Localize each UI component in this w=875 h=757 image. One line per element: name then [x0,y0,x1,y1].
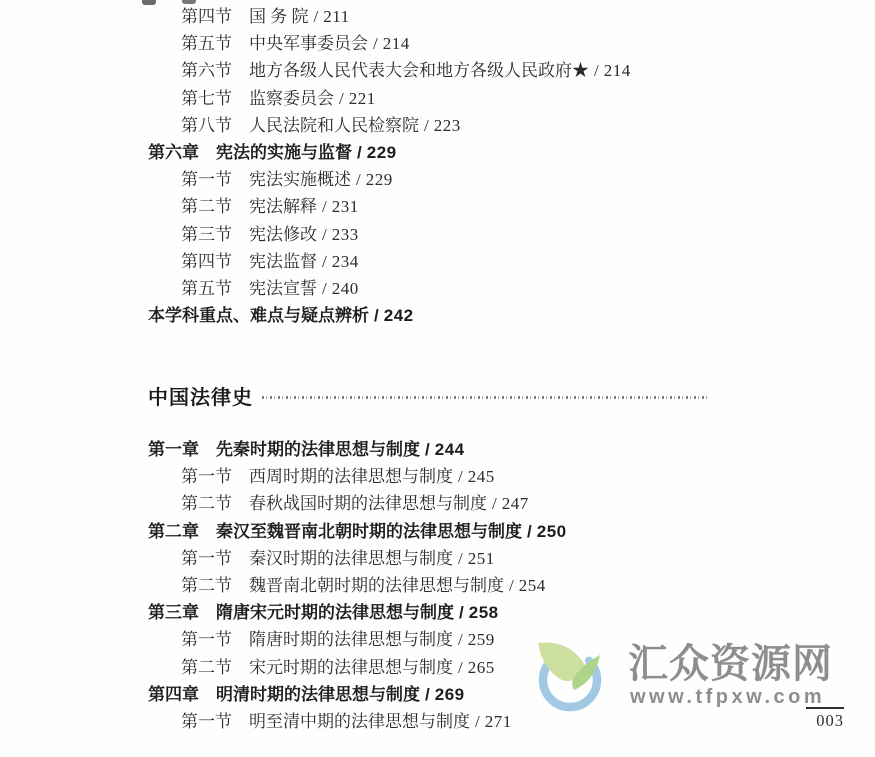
entry-label: 第三章 [148,599,199,626]
entry-label: 第一节 [181,166,232,193]
entry-separator: / [527,522,532,541]
entry-title: 先秦时期的法律思想与制度 [216,440,420,459]
entry-separator: / [322,225,327,244]
entry-title: 人民法院和人民检察院 [249,116,419,135]
entry-page-number: 229 [367,143,397,162]
entry-label: 第四章 [148,681,199,708]
entry-page-number: 244 [435,440,465,459]
entry-separator: / [322,252,327,271]
toc-entry-chapter: 第一章先秦时期的法律思想与制度/244 [0,436,875,463]
entry-title: 宪法的实施与监督 [216,143,352,162]
entry-label: 第二节 [181,654,232,681]
toc-entry-summary: 本学科重点、难点与疑点辨析/242 [0,302,875,329]
entry-page-number: 245 [468,467,495,486]
entry-separator: / [314,7,319,26]
entry-separator: / [425,685,430,704]
entry-separator: / [458,658,463,677]
toc-entry: 第一节秦汉时期的法律思想与制度/251 [0,545,875,572]
entry-separator: / [594,61,599,80]
entry-page-number: 211 [323,7,349,26]
entry-title: 宪法实施概述 [249,170,351,189]
entry-label: 第八节 [181,112,232,139]
entry-title: 本学科重点、难点与疑点辨析 [148,306,369,325]
entry-page-number: 250 [537,522,567,541]
entry-separator: / [458,549,463,568]
entry-label: 第二节 [181,490,232,517]
entry-label: 第一节 [181,626,232,653]
entry-separator: / [374,306,379,325]
entry-label: 第二节 [181,193,232,220]
entry-separator: / [458,467,463,486]
entry-page-number: 247 [502,494,529,513]
entry-page-number: 231 [332,197,359,216]
entry-label: 第五节 [181,275,232,302]
entry-label: 第二章 [148,518,199,545]
book-toc-page: 第四节国 务 院/211 第五节中央军事委员会/214 第六节地方各级人民代表大… [0,0,875,757]
toc-entry: 第六节地方各级人民代表大会和地方各级人民政府★/214 [0,57,875,84]
entry-title: 明至清中期的法律思想与制度 [249,712,470,731]
entry-title: 宪法监督 [249,252,317,271]
entry-label: 第四节 [181,248,232,275]
entry-page-number: 214 [604,61,631,80]
entry-label: 第二节 [181,572,232,599]
entry-title: 监察委员会 [249,89,334,108]
part-heading-title: 中国法律史 [148,381,253,410]
page-number-area: 003 [802,707,844,731]
toc-entry: 第四节宪法监督/234 [0,248,875,275]
toc-entry-chapter: 第六章宪法的实施与监督/229 [0,139,875,166]
toc-entry: 第三节宪法修改/233 [0,221,875,248]
entry-title: 秦汉至魏晋南北朝时期的法律思想与制度 [216,522,522,541]
entry-separator: / [357,143,362,162]
entry-title: 春秋战国时期的法律思想与制度 [249,494,487,513]
entry-page-number: 265 [468,658,495,677]
entry-separator: / [322,279,327,298]
entry-title: 隋唐宋元时期的法律思想与制度 [216,603,454,622]
entry-page-number: 259 [468,630,495,649]
entry-page-number: 251 [468,549,495,568]
entry-title: 宋元时期的法律思想与制度 [249,658,453,677]
toc-entry: 第七节监察委员会/221 [0,85,875,112]
page-number: 003 [802,711,844,731]
entry-page-number: 258 [469,603,499,622]
entry-page-number: 271 [485,712,512,731]
toc-entry-chapter: 第二章秦汉至魏晋南北朝时期的法律思想与制度/250 [0,518,875,545]
entry-label: 第一章 [148,436,199,463]
entry-title: 魏晋南北朝时期的法律思想与制度 [249,576,504,595]
entry-separator: / [509,576,514,595]
entry-title: 秦汉时期的法律思想与制度 [249,549,453,568]
entry-label: 第一节 [181,708,232,735]
toc-entry: 第一节西周时期的法律思想与制度/245 [0,463,875,490]
entry-title: 西周时期的法律思想与制度 [249,467,453,486]
entry-page-number: 242 [384,306,414,325]
entry-page-number: 221 [349,89,376,108]
toc-entry: 第八节人民法院和人民检察院/223 [0,112,875,139]
entry-separator: / [459,603,464,622]
toc-entry: 第二节春秋战国时期的法律思想与制度/247 [0,490,875,517]
watermark-site-name: 汇众资源网 [628,644,833,684]
toc-entry: 第五节宪法宣誓/240 [0,275,875,302]
entry-label: 第一节 [181,545,232,572]
toc-entry: 第五节中央军事委员会/214 [0,30,875,57]
entry-title: 宪法解释 [249,197,317,216]
watermark: 汇众资源网 www.tfpxw.com [531,634,851,714]
entry-label: 第三节 [181,221,232,248]
entry-separator: / [339,89,344,108]
entry-title: 隋唐时期的法律思想与制度 [249,630,453,649]
entry-label: 第一节 [181,463,232,490]
entry-title: 明清时期的法律思想与制度 [216,685,420,704]
toc-block-constitution: 第四节国 务 院/211 第五节中央军事委员会/214 第六节地方各级人民代表大… [0,3,875,329]
toc-entry: 第四节国 务 院/211 [0,3,875,30]
entry-separator: / [373,34,378,53]
watermark-site-url: www.tfpxw.com [630,686,825,709]
entry-separator: / [458,630,463,649]
entry-title: 国 务 院 [249,7,309,26]
entry-page-number: 223 [434,116,461,135]
entry-page-number: 269 [435,685,465,704]
toc-entry: 第二节宪法解释/231 [0,193,875,220]
entry-label: 第七节 [181,85,232,112]
part-heading: 中国法律史 [148,381,709,409]
heading-rule [262,396,709,399]
entry-title: 地方各级人民代表大会和地方各级人民政府★ [249,61,589,80]
entry-title: 宪法修改 [249,225,317,244]
folio-rule [806,707,844,709]
entry-title: 中央军事委员会 [249,34,368,53]
entry-title: 宪法宣誓 [249,279,317,298]
entry-page-number: 234 [332,252,359,271]
leaf-circle-logo-icon [531,635,609,715]
entry-separator: / [322,197,327,216]
toc-entry: 第一节宪法实施概述/229 [0,166,875,193]
entry-label: 第五节 [181,30,232,57]
entry-separator: / [424,116,429,135]
entry-page-number: 229 [366,170,393,189]
entry-separator: / [492,494,497,513]
entry-separator: / [425,440,430,459]
entry-page-number: 214 [383,34,410,53]
entry-label: 第四节 [181,3,232,30]
entry-separator: / [475,712,480,731]
entry-label: 第六章 [148,139,199,166]
toc-entry-chapter: 第三章隋唐宋元时期的法律思想与制度/258 [0,599,875,626]
entry-separator: / [356,170,361,189]
entry-page-number: 233 [332,225,359,244]
entry-page-number: 254 [519,576,546,595]
entry-label: 第六节 [181,57,232,84]
entry-page-number: 240 [332,279,359,298]
toc-entry: 第二节魏晋南北朝时期的法律思想与制度/254 [0,572,875,599]
